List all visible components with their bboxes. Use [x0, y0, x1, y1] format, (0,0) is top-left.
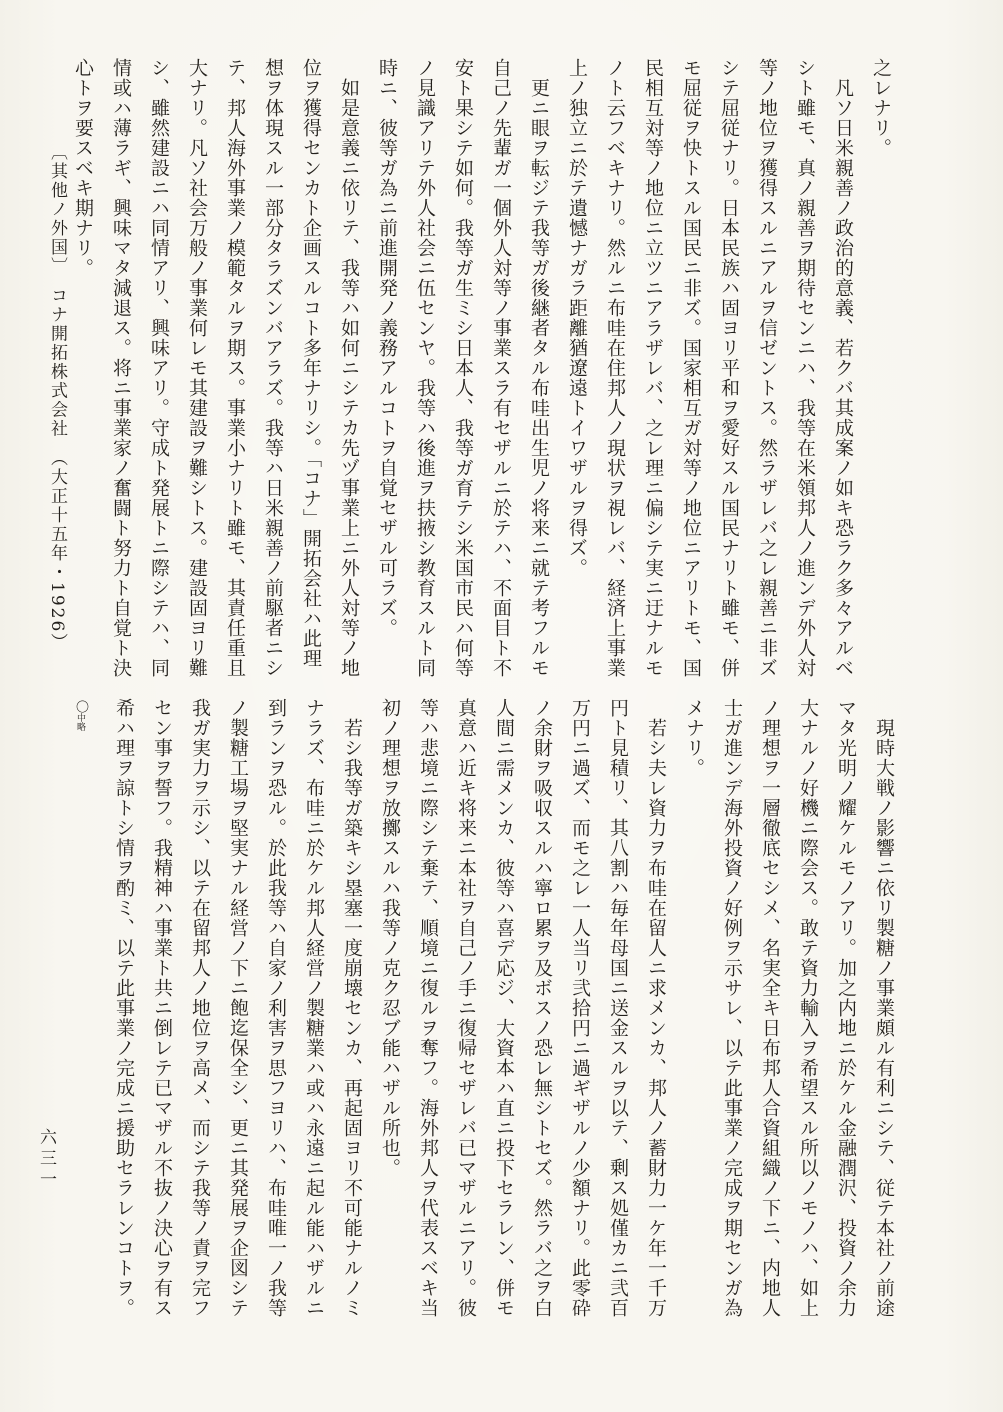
text-line: 万円ニ過ズ、而モ之レ一人当リ弐拾円ニ過ギザルノ少額ナリ。此零砕 [561, 698, 599, 1366]
text-line: 円ト見積リ、其八割ハ毎年母国ニ送金スルヲ以テ、剰ス処僅カニ弐百 [599, 698, 637, 1366]
text-line: テ、邦人海外事業ノ模範タルヲ期ス。事業小ナリト雖モ、其責任重且 [216, 58, 254, 718]
text-line: 如是意義ニ依リテ、我等ハ如何ニシテカ先ヅ事業上ニ外人対等ノ地 [330, 58, 368, 718]
text-line: シテ屈従ナリ。日本民族ハ固ヨリ平和ヲ愛好スル国民ナリト雖モ、併 [710, 58, 748, 718]
text-line: 士ガ進ンデ海外投資ノ好例ヲ示サレ、以テ此事業ノ完成ヲ期センガ為 [713, 698, 751, 1366]
text-line: 大ナルノ好機ニ際会ス。敢テ資力輸入ヲ希望スル所以ノモノハ、如上 [789, 698, 827, 1366]
text-line: 位ヲ獲得センカト企画スルコト多年ナリシ。「コナ」開拓会社ハ此理 [292, 58, 330, 718]
text-line: ノ余財ヲ吸収スルハ寧ロ累ヲ及ボスノ恐レ無シトセズ。然ラバ之ヲ白 [523, 698, 561, 1366]
text-line: ノ理想ヲ一層徹底セシメ、名実全キ日布邦人合資組織ノ下ニ、内地人 [751, 698, 789, 1366]
text-line: 現時大戦ノ影響ニ依リ製糖ノ事業頗ル有利ニシテ、従テ本社ノ前途 [865, 698, 903, 1366]
text-line: ノト云フベキナリ。然ルニ布哇在住邦人ノ現状ヲ視レバ、経済上事業 [596, 58, 634, 718]
text-line: メナリ。 [675, 698, 713, 1366]
text-line: 我ガ実力ヲ示シ、以テ在留邦人ノ地位ヲ高メ、而シテ我等ノ責ヲ完フ [181, 698, 219, 1366]
text-line: 等ノ地位ヲ獲得スルニアルヲ信ゼントス。然ラザレバ之レ親善ニ非ズ [748, 58, 786, 718]
text-line: 到ランヲ恐ル。於此我等ハ自家ノ利害ヲ思フヨリハ、布哇唯一ノ我等 [257, 698, 295, 1366]
text-line: 凡ソ日米親善ノ政治的意義、若クバ其成案ノ如キ恐ラク多々アルベ [824, 58, 862, 718]
text-line: ナラズ、布哇ニ於ケル邦人経営ノ製糖業ハ或ハ永遠ニ起ル能ハザルニ [295, 698, 333, 1366]
text-line: 等ハ悲境ニ際シテ棄テ、順境ニ復ルヲ奪フ。海外邦人ヲ代表スベキ当 [409, 698, 447, 1366]
omission-label: 中略 [75, 713, 85, 731]
text-line: 更ニ眼ヲ転ジテ我等ガ後継者タル布哇出生児ノ将来ニ就テ考フルモ [520, 58, 558, 718]
text-line: 時ニ、彼等ガ為ニ前進開発ノ義務アルコトヲ自覚セザル可ラズ。 [368, 58, 406, 718]
text-line: ノ製糖工場ヲ堅実ナル経営ノ下ニ飽迄保全シ、更ニ其発展ヲ企図シテ [219, 698, 257, 1366]
text-line: 若シ我等ガ築キシ塁塞一度崩壊センカ、再起固ヨリ不可能ナルノミ [333, 698, 371, 1366]
text-line: セン事ヲ誓フ。我精神ハ事業ト共ニ倒レテ已マザル不抜ノ決心ヲ有ス [143, 698, 181, 1366]
text-line: 大ナリ。凡ソ社会万般ノ事業何レモ其建設ヲ難シトス。建設固ヨリ難 [178, 58, 216, 718]
omission-marker: 〇中略 [72, 700, 88, 731]
section-caption: 〔其他ノ外国〕 コナ開拓株式会社 （大正十五年・1926） [42, 143, 72, 703]
text-line: 情或ハ薄ラギ、興味マタ減退ス。将ニ事業家ノ奮闘ト努力ト自覚ト決 [102, 58, 140, 718]
text-line: 若シ夫レ資力ヲ布哇在留人ニ求メンカ、邦人ノ蓄財力一ケ年一千万 [637, 698, 675, 1366]
text-line: 人間ニ需メンカ、彼等ハ喜デ応ジ、大資本ハ直ニ投下セラレン、併モ [485, 698, 523, 1366]
top-text-block: 之レナリ。凡ソ日米親善ノ政治的意義、若クバ其成案ノ如キ恐ラク多々アルベシト雖モ、… [64, 58, 900, 718]
text-line: 真意ハ近キ将来ニ本社ヲ自己ノ手ニ復帰セザレバ已マザルニアリ。彼 [447, 698, 485, 1366]
text-line: 之レナリ。 [862, 58, 900, 718]
text-line: マタ光明ノ耀ケルモノアリ。加之内地ニ於ケル金融潤沢、投資ノ余力 [827, 698, 865, 1366]
text-line: 希ハ理ヲ諒トシ情ヲ酌ミ、以テ此事業ノ完成ニ援助セラレンコトヲ。 [105, 698, 143, 1366]
text-line: 上ノ独立ニ於テ遺憾ナガラ距離猶遼遠トイワザルヲ得ズ。 [558, 58, 596, 718]
text-line: ノ見識アリテ外人社会ニ伍センヤ。我等ハ後進ヲ扶掖シ教育スルト同 [406, 58, 444, 718]
text-line: モ屈従ヲ快トスル国民ニ非ズ。国家相互ガ対等ノ地位ニアリトモ、国 [672, 58, 710, 718]
text-line: 自己ノ先輩ガ一個外人対等ノ事業スラ有セザルニ於テハ、不面目ト不 [482, 58, 520, 718]
omission-circle-icon: 〇 [73, 700, 88, 713]
page-number: 六三一 [34, 1128, 58, 1248]
text-line: 初ノ理想ヲ放擲スルハ我等ノ克ク忍ブ能ハザル所也。 [371, 698, 409, 1366]
text-line: シ、雖然建設ニハ同情アリ、興味アリ。守成ト発展トニ際シテハ、同 [140, 58, 178, 718]
text-line: 想ヲ体現スル一部分タラズンバアラズ。我等ハ日米親善ノ前駆者ニシ [254, 58, 292, 718]
bottom-text-block: 現時大戦ノ影響ニ依リ製糖ノ事業頗ル有利ニシテ、従テ本社ノ前途マタ光明ノ耀ケルモノ… [105, 698, 903, 1366]
text-line: シト雖モ、真ノ親善ヲ期待センニハ、我等在米領邦人ノ進ンデ外人対 [786, 58, 824, 718]
text-line: 民相互対等ノ地位ニ立ツニアラザレバ、之レ理ニ偏シテ実ニ迂ナルモ [634, 58, 672, 718]
text-line: 安ト果シテ如何。我等ガ生ミシ日本人、我等ガ育テシ米国市民ハ何等 [444, 58, 482, 718]
